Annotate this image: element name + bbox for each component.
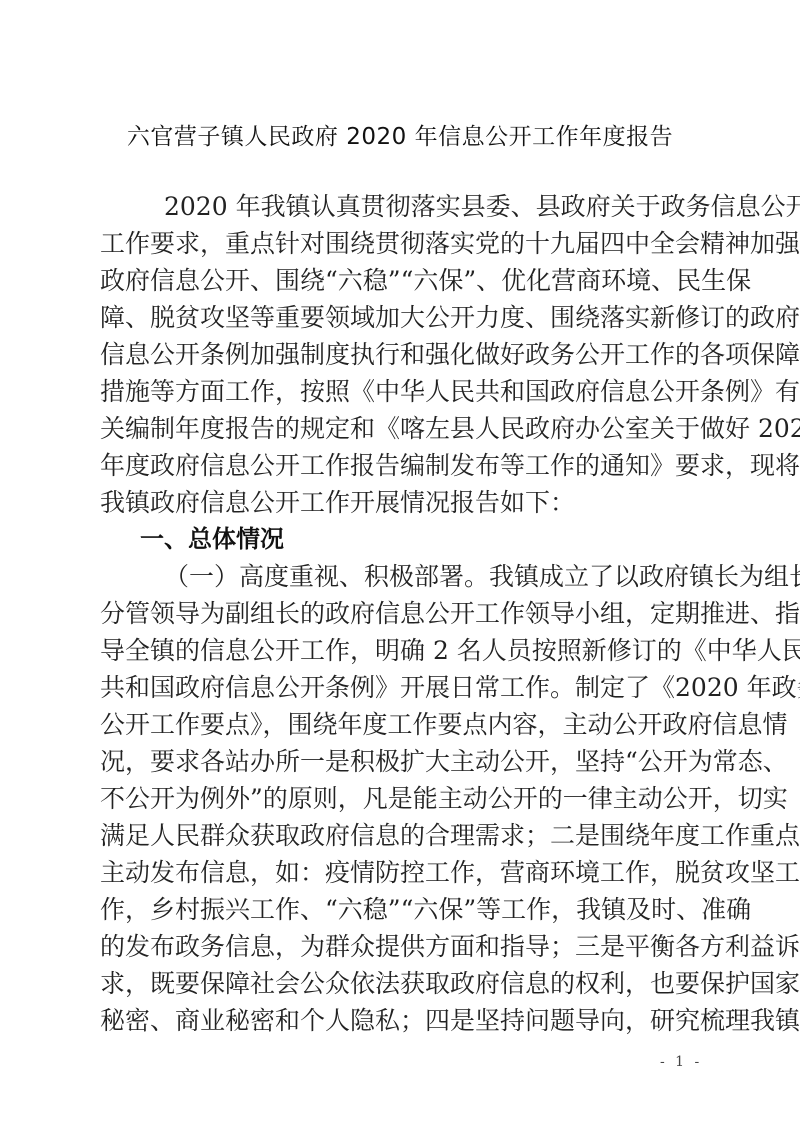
section-line: 主动发布信息，如：疫情防控工作，营商环境工作，脱贫攻坚工 <box>100 854 712 891</box>
intro-line: 2020 年我镇认真贯彻落实县委、县政府关于政务信息公开 <box>100 188 712 225</box>
page-number: - 1 - <box>660 1054 702 1070</box>
intro-line: 年度政府信息公开工作报告编制发布等工作的通知》要求，现将 <box>100 447 712 484</box>
intro-line: 我镇政府信息公开工作开展情况报告如下： <box>100 484 712 521</box>
section-line: 秘密、商业秘密和个人隐私；四是坚持问题导向，研究梳理我镇 <box>100 1002 712 1039</box>
section-line: 满足人民群众获取政府信息的合理需求；二是围绕年度工作重点 <box>100 817 712 854</box>
section-line: 公开工作要点》，围绕年度工作要点内容，主动公开政府信息情 <box>100 706 712 743</box>
section-line: 作，乡村振兴工作、“六稳”“六保”等工作，我镇及时、准确 <box>100 891 712 928</box>
intro-line: 障、脱贫攻坚等重要领域加大公开力度、围绕落实新修订的政府 <box>100 299 712 336</box>
intro-line: 措施等方面工作，按照《中华人民共和国政府信息公开条例》有 <box>100 373 712 410</box>
section-line: 不公开为例外”的原则，凡是能主动公开的一律主动公开，切实 <box>100 780 712 817</box>
document-title: 六官营子镇人民政府 2020 年信息公开工作年度报告 <box>0 118 800 151</box>
document-body: 2020 年我镇认真贯彻落实县委、县政府关于政务信息公开 工作要求，重点针对围绕… <box>100 188 712 1039</box>
intro-line: 工作要求，重点针对围绕贯彻落实党的十九届四中全会精神加强 <box>100 225 712 262</box>
intro-line: 关编制年度报告的规定和《喀左县人民政府办公室关于做好 2020 <box>100 410 712 447</box>
section-line: 的发布政务信息，为群众提供方面和指导；三是平衡各方利益诉 <box>100 928 712 965</box>
section-line: 导全镇的信息公开工作，明确 2 名人员按照新修订的《中华人民 <box>100 632 712 669</box>
section-line: （一）高度重视、积极部署。我镇成立了以政府镇长为组长， <box>100 558 712 595</box>
intro-line: 政府信息公开、围绕“六稳”“六保”、优化营商环境、民生保 <box>100 262 712 299</box>
section-line: 况，要求各站办所一是积极扩大主动公开，坚持“公开为常态、 <box>100 743 712 780</box>
section-heading: 一、总体情况 <box>100 521 712 558</box>
section-line: 共和国政府信息公开条例》开展日常工作。制定了《2020 年政务 <box>100 669 712 706</box>
section-line: 分管领导为副组长的政府信息公开工作领导小组，定期推进、指 <box>100 595 712 632</box>
document-page: 六官营子镇人民政府 2020 年信息公开工作年度报告 2020 年我镇认真贯彻落… <box>0 0 800 1130</box>
section-line: 求，既要保障社会公众依法获取政府信息的权利，也要保护国家 <box>100 965 712 1002</box>
intro-line: 信息公开条例加强制度执行和强化做好政务公开工作的各项保障 <box>100 336 712 373</box>
